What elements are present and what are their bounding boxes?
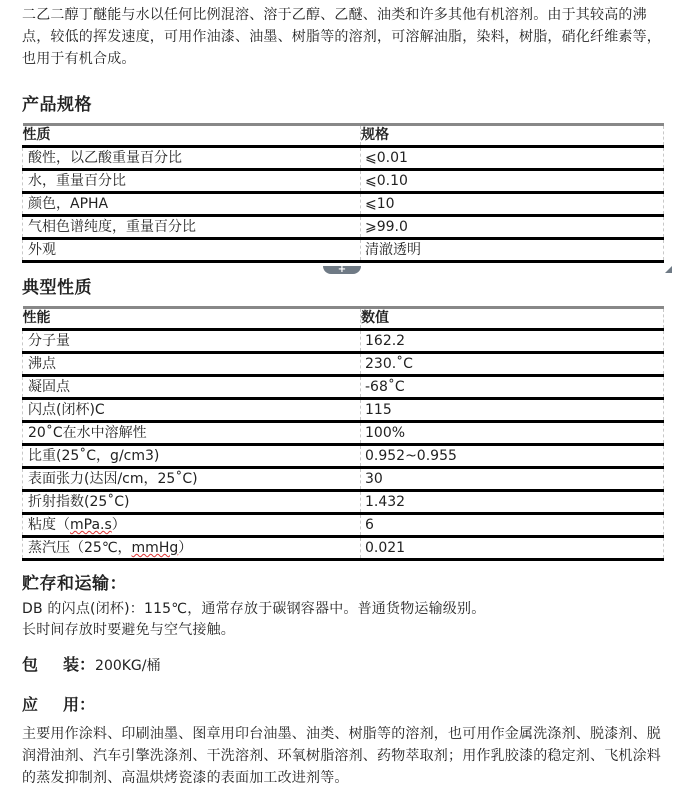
application-title: 应用： <box>22 692 95 715</box>
table-row: 粘度（mPa.s） 6 <box>23 514 664 537</box>
storage-text: DB 的闪点(闭杯)：115℃，通常存放于碳钢容器中。普通货物运输级别。 长时间… <box>22 599 485 641</box>
table-row: 水，重量百分比 ⩽0.10 <box>23 170 664 193</box>
table-row: 表面张力(达因/cm，25˚C) 30 <box>23 468 664 491</box>
cell-property[interactable]: 酸性，以乙酸重量百分比 <box>23 147 361 170</box>
property-text: 粘度（ <box>28 517 70 533</box>
plus-icon: + <box>338 266 346 274</box>
cell-value[interactable]: 100% <box>361 422 664 445</box>
cell-value[interactable]: 0.021 <box>361 537 664 560</box>
cell-value[interactable]: 清澈透明 <box>361 239 664 262</box>
header-value: 数值 <box>361 308 664 330</box>
cell-value[interactable]: ⩽0.10 <box>361 170 664 193</box>
table-row: 折射指数(25˚C) 1.432 <box>23 491 664 514</box>
cell-property[interactable]: 折射指数(25˚C) <box>23 491 361 514</box>
cell-value[interactable]: 6 <box>361 514 664 537</box>
cell-property[interactable]: 颜色，APHA <box>23 193 361 216</box>
header-performance: 性能 <box>23 308 361 330</box>
cell-value[interactable]: ⩽0.01 <box>361 147 664 170</box>
cell-value[interactable]: 230.˚C <box>361 353 664 376</box>
table-row: 20˚C在水中溶解性 100% <box>23 422 664 445</box>
cell-value[interactable]: 0.952~0.955 <box>361 445 664 468</box>
property-text: 蒸汽压（25℃， <box>28 540 132 556</box>
cell-property[interactable]: 凝固点 <box>23 376 361 399</box>
header-spec: 规格 <box>361 125 664 147</box>
table-row: 蒸汽压（25℃，mmHg） 0.021 <box>23 537 664 560</box>
table-row: 沸点 230.˚C <box>23 353 664 376</box>
cell-property[interactable]: 比重(25˚C，g/cm3) <box>23 445 361 468</box>
table-row: 凝固点 -68˚C <box>23 376 664 399</box>
spec-table: 性质 规格 酸性，以乙酸重量百分比 ⩽0.01 水，重量百分比 ⩽0.10 颜色… <box>22 123 664 263</box>
typical-table-header: 性能 数值 <box>23 308 664 330</box>
packaging-label-b: 装： <box>63 655 95 674</box>
packaging-label-a: 包 <box>22 655 38 674</box>
cell-property[interactable]: 表面张力(达因/cm，25˚C) <box>23 468 361 491</box>
cell-value[interactable]: 30 <box>361 468 664 491</box>
typical-section-title: 典型性质 <box>22 273 92 298</box>
typical-properties-table: 性能 数值 分子量 162.2 沸点 230.˚C 凝固点 -68˚C 闪点(闭… <box>22 306 664 561</box>
property-text: ） <box>112 517 126 533</box>
cell-property[interactable]: 粘度（mPa.s） <box>23 514 361 537</box>
cell-value[interactable]: ⩾99.0 <box>361 216 664 239</box>
table-row: 比重(25˚C，g/cm3) 0.952~0.955 <box>23 445 664 468</box>
application-text: 主要用作涂料、印刷油墨、图章用印台油墨、油类、树脂等的溶剂，也可用作金属洗涤剂、… <box>22 723 672 787</box>
add-row-button[interactable]: + <box>323 266 361 274</box>
storage-line-1: DB 的闪点(闭杯)：115℃，通常存放于碳钢容器中。普通货物运输级别。 <box>22 599 485 620</box>
application-label-a: 应 <box>22 695 38 714</box>
table-row: 颜色，APHA ⩽10 <box>23 193 664 216</box>
cell-property[interactable]: 气相色谱纯度，重量百分比 <box>23 216 361 239</box>
header-property: 性质 <box>23 125 361 147</box>
spec-section-title: 产品规格 <box>22 90 92 115</box>
cell-value[interactable]: 115 <box>361 399 664 422</box>
intro-paragraph: 二乙二醇丁醚能与水以任何比例混溶、溶于乙醇、乙醚、油类和许多其他有机溶剂。由于其… <box>22 4 672 70</box>
property-text: ） <box>178 540 192 556</box>
spellcheck-underlined-text: mPa.s <box>70 517 112 533</box>
packaging-value: 200KG/桶 <box>95 658 160 674</box>
cell-property[interactable]: 20˚C在水中溶解性 <box>23 422 361 445</box>
cell-property[interactable]: 外观 <box>23 239 361 262</box>
table-row: 外观 清澈透明 <box>23 239 664 262</box>
application-label-b: 用： <box>63 695 95 714</box>
cell-property[interactable]: 沸点 <box>23 353 361 376</box>
packaging-line: 包装：200KG/桶 <box>22 652 161 675</box>
cell-property[interactable]: 闪点(闭杯)C <box>23 399 361 422</box>
cell-value[interactable]: 162.2 <box>361 330 664 353</box>
spec-table-header: 性质 规格 <box>23 125 664 147</box>
table-row: 酸性，以乙酸重量百分比 ⩽0.01 <box>23 147 664 170</box>
cell-value[interactable]: ⩽10 <box>361 193 664 216</box>
table-resize-handle-icon[interactable] <box>665 266 672 273</box>
table-row: 闪点(闭杯)C 115 <box>23 399 664 422</box>
spellcheck-underlined-text: mmHg <box>132 540 179 556</box>
cell-value[interactable]: 1.432 <box>361 491 664 514</box>
storage-section-title: 贮存和运输： <box>22 569 127 594</box>
table-row: 分子量 162.2 <box>23 330 664 353</box>
cell-property[interactable]: 水，重量百分比 <box>23 170 361 193</box>
table-row: 气相色谱纯度，重量百分比 ⩾99.0 <box>23 216 664 239</box>
cell-value[interactable]: -68˚C <box>361 376 664 399</box>
cell-property[interactable]: 分子量 <box>23 330 361 353</box>
cell-property[interactable]: 蒸汽压（25℃，mmHg） <box>23 537 361 560</box>
storage-line-2: 长时间存放时要避免与空气接触。 <box>22 620 485 641</box>
